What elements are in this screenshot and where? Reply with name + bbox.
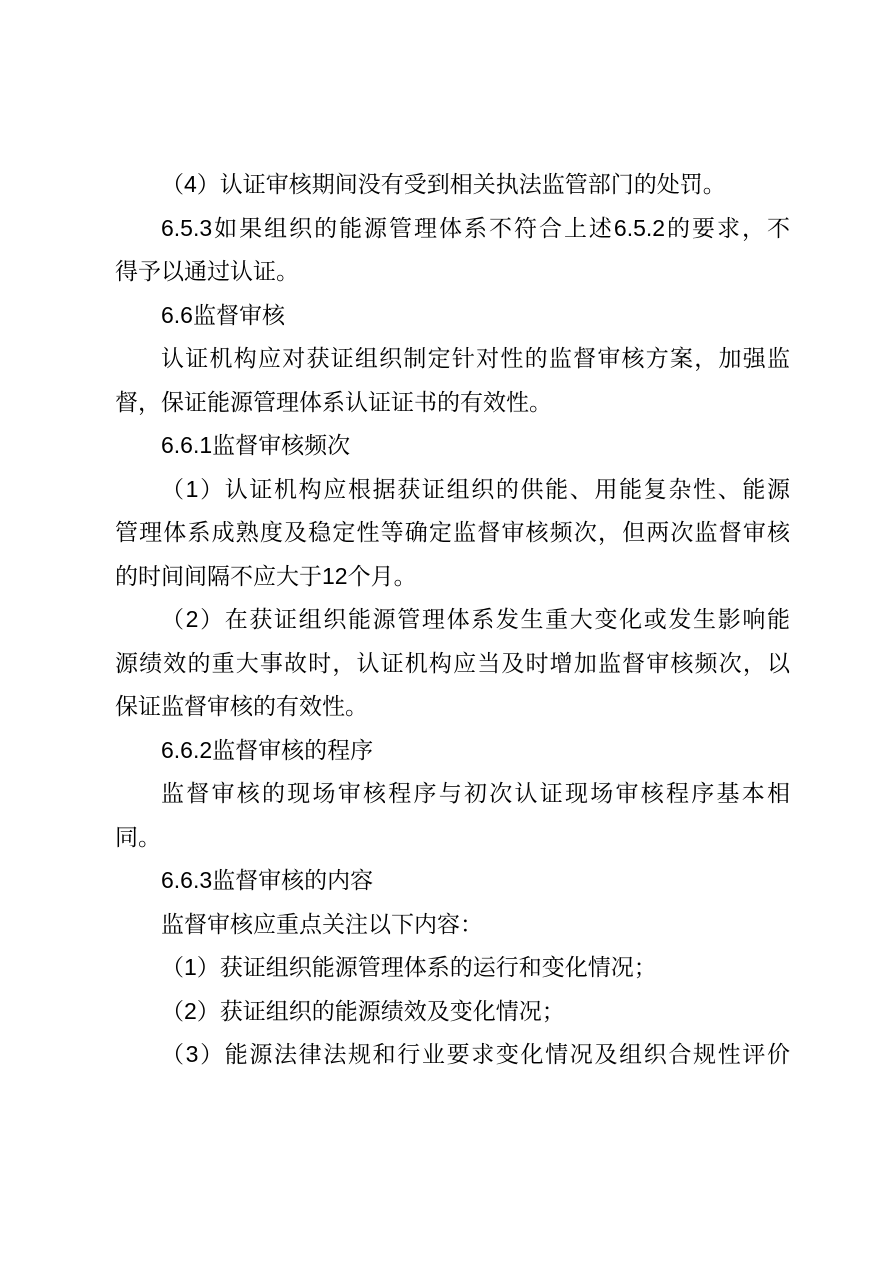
list-item: （2）获证组织的能源绩效及变化情况； <box>115 990 790 1034</box>
text-line: 认证机构应对获证组织制定针对性的监督审核方案，加强监 <box>115 337 790 381</box>
section-heading: 6.6.1监督审核频次 <box>115 424 790 468</box>
text-line: 监督审核应重点关注以下内容： <box>115 903 790 947</box>
text-line: 督，保证能源管理体系认证证书的有效性。 <box>115 381 790 425</box>
section-heading: 6.6.2监督审核的程序 <box>115 729 790 773</box>
text-line: 6.5.3如果组织的能源管理体系不符合上述6.5.2的要求，不 <box>115 207 790 251</box>
section-heading: 6.6.3监督审核的内容 <box>115 859 790 903</box>
text-line: 监督审核的现场审核程序与初次认证现场审核程序基本相 <box>115 772 790 816</box>
text-line: 源绩效的重大事故时，认证机构应当及时增加监督审核频次，以 <box>115 642 790 686</box>
document-body: （4）认证审核期间没有受到相关执法监管部门的处罚。 6.5.3如果组织的能源管理… <box>115 163 790 1077</box>
list-item: （3）能源法律法规和行业要求变化情况及组织合规性评价 <box>115 1033 790 1077</box>
list-item: （1）获证组织能源管理体系的运行和变化情况； <box>115 946 790 990</box>
text-line: （1）认证机构应根据获证组织的供能、用能复杂性、能源 <box>115 468 790 512</box>
text-line: 得予以通过认证。 <box>115 250 790 294</box>
section-heading: 6.6监督审核 <box>115 294 790 338</box>
text-line: （4）认证审核期间没有受到相关执法监管部门的处罚。 <box>115 163 790 207</box>
text-line: 管理体系成熟度及稳定性等确定监督审核频次，但两次监督审核 <box>115 511 790 555</box>
text-line: 的时间间隔不应大于12个月。 <box>115 555 790 599</box>
text-line: 保证监督审核的有效性。 <box>115 685 790 729</box>
document-page: （4）认证审核期间没有受到相关执法监管部门的处罚。 6.5.3如果组织的能源管理… <box>0 0 892 1262</box>
text-line: （2）在获证组织能源管理体系发生重大变化或发生影响能 <box>115 598 790 642</box>
text-line: 同。 <box>115 816 790 860</box>
